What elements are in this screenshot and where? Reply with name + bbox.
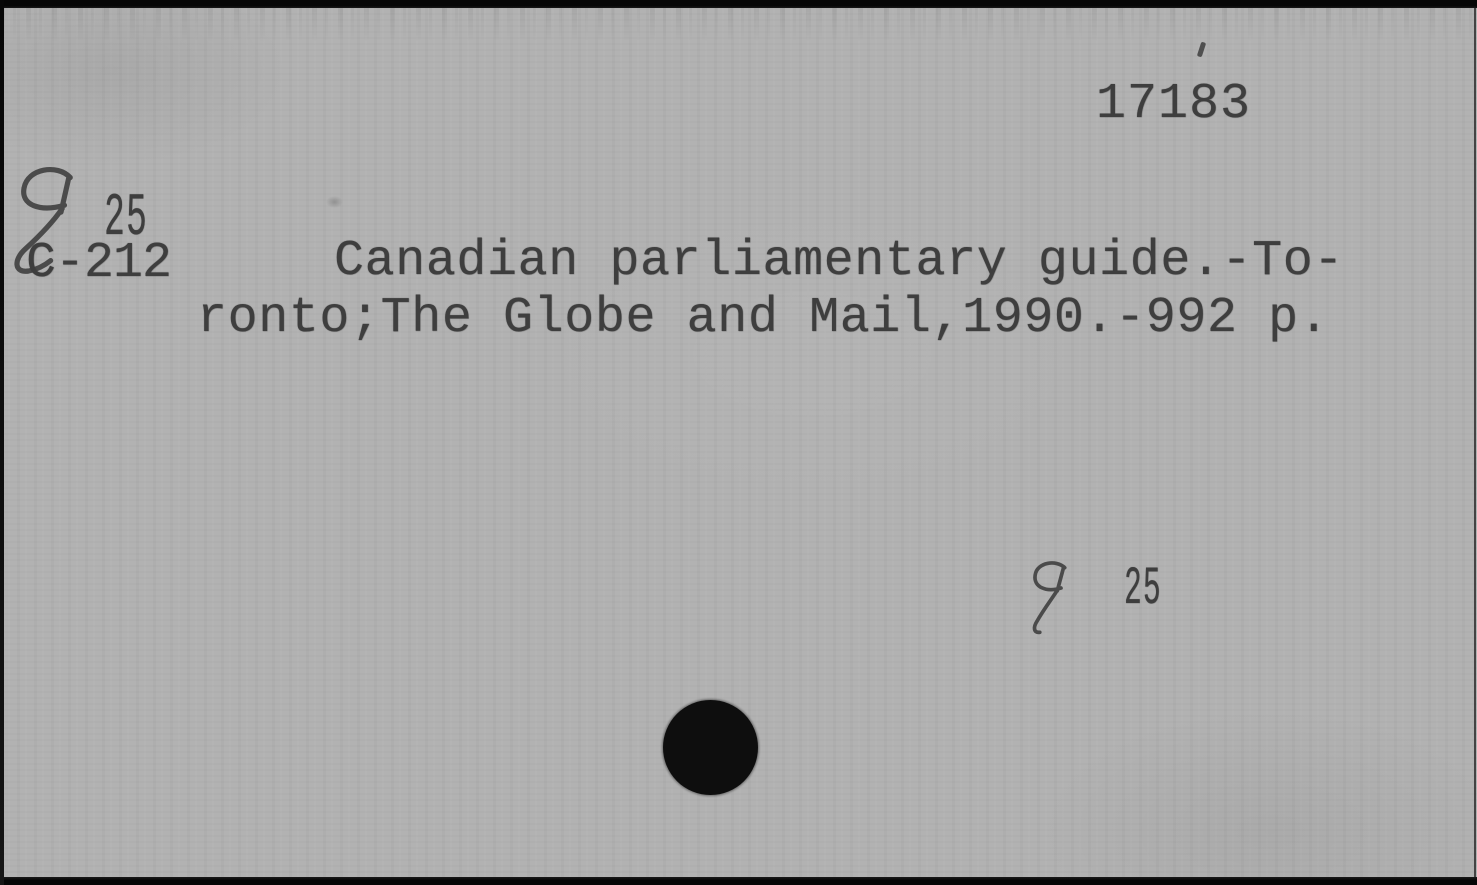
scan-left-edge-bar — [0, 0, 4, 885]
catalog-card: 17183 25 C-212 Canadian parliamentary gu… — [0, 0, 1477, 885]
scan-right-edge-line — [1474, 8, 1476, 877]
ink-dot — [663, 700, 758, 795]
ink-speck — [1197, 42, 1206, 58]
entry-line-1: Canadian parliamentary guide.-To- — [334, 237, 1344, 287]
entry-line-2: ronto;The Globe and Mail,1990.-992 p. — [197, 294, 1329, 344]
shelf-stamp-number: 25 — [1124, 563, 1162, 617]
shelf-stamp-handwritten-letter-icon — [1025, 556, 1073, 644]
faint-smudge — [326, 196, 343, 208]
scan-bottom-edge-bar — [0, 877, 1477, 885]
scan-streaks-overlay — [0, 8, 1477, 42]
call-number-cutter: C-212 — [26, 239, 171, 289]
scan-top-edge-bar — [0, 0, 1477, 8]
accession-number: 17183 — [1096, 80, 1251, 130]
